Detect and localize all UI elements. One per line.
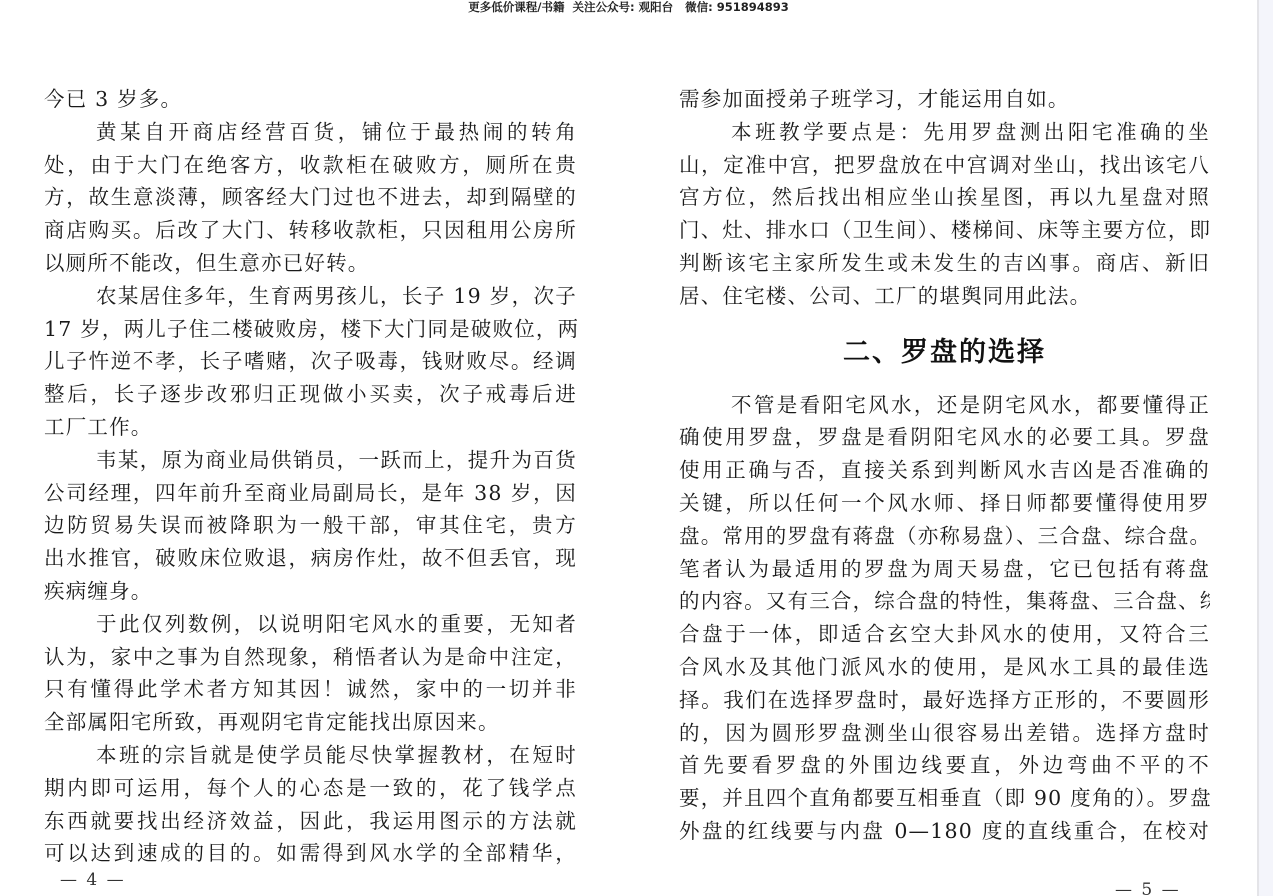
text-line: 不管是看阳宅风水，还是阴宅风水，都要懂得正 <box>679 389 1210 422</box>
right-page-body: 需参加面授弟子班学习，才能运用自如。本班教学要点是：先用罗盘测出阳宅准确的坐山，… <box>679 83 1210 848</box>
text-line: 确使用罗盘，罗盘是看阴阳宅风水的必要工具。罗盘 <box>679 421 1210 454</box>
text-line: 宫方位，然后找出相应坐山挨星图，再以九星盘对照 <box>679 181 1210 214</box>
text-line: 择。我们在选择罗盘时，最好选择方正形的，不要圆形 <box>679 684 1210 717</box>
text-line: 于此仅列数例，以说明阳宅风水的重要，无知者 <box>44 608 577 641</box>
text-line: 本班的宗旨就是使学员能尽快掌握教材，在短时 <box>44 739 577 772</box>
right-page-section-body: 不管是看阳宅风水，还是阴宅风水，都要懂得正确使用罗盘，罗盘是看阴阳宅风水的必要工… <box>679 389 1210 848</box>
text-line: 疾病缠身。 <box>44 575 577 608</box>
right-page-intro: 需参加面授弟子班学习，才能运用自如。本班教学要点是：先用罗盘测出阳宅准确的坐山，… <box>679 83 1210 313</box>
text-line: 首先要看罗盘的外围边线要直，外边弯曲不平的不 <box>679 749 1210 782</box>
text-line: 17 岁，两儿子住二楼破败房，楼下大门同是破败位，两 <box>44 313 577 346</box>
text-line: 合盘于一体，即适合玄空大卦风水的使用，又符合三 <box>679 618 1210 651</box>
text-line: 儿子忤逆不孝，长子嗜赌，次子吸毒，钱财败尽。经调 <box>44 345 577 378</box>
text-line: 边防贸易失误而被降职为一般干部，审其住宅，贵方 <box>44 509 577 542</box>
text-line: 盘。常用的罗盘有蒋盘（亦称易盘）、三合盘、综合盘。 <box>679 520 1210 553</box>
text-line: 黄某自开商店经营百货，铺位于最热闹的转角 <box>44 116 577 149</box>
text-line: 山，定准中宫，把罗盘放在中宫调对坐山，找出该宅八 <box>679 149 1210 182</box>
text-line: 只有懂得此学术者方知其因！诚然，家中的一切并非 <box>44 673 577 706</box>
text-line: 的内容。又有三合，综合盘的特性，集蒋盘、三合盘、综 <box>679 585 1210 618</box>
section-heading: 二、罗盘的选择 <box>679 317 1210 389</box>
text-line: 出水推官，破败床位败退，病房作灶，故不但丢官，现 <box>44 542 577 575</box>
text-line: 工厂工作。 <box>44 411 577 444</box>
text-line: 期内即可运用，每个人的心态是一致的，花了钱学点 <box>44 772 577 805</box>
text-line: 外盘的红线要与内盘 0—180 度的直线重合，在校对 <box>679 815 1210 848</box>
text-line: 公司经理，四年前升至商业局副局长，是年 38 岁，因 <box>44 477 577 510</box>
text-line: 门、灶、排水口（卫生间）、楼梯间、床等主要方位，即可 <box>679 214 1210 247</box>
text-line: 以厕所不能改，但生意亦已好转。 <box>44 247 577 280</box>
page-number-left: — 4 — <box>60 870 126 890</box>
text-line: 全部属阳宅所致，再观阴宅肯定能找出原因来。 <box>44 706 577 739</box>
text-line: 要，并且四个直角都要互相垂直（即 90 度角的）。罗盘 <box>679 782 1210 815</box>
text-line: 农某居住多年，生育两男孩儿，长子 19 岁，次子 <box>44 280 577 313</box>
text-line: 韦某，原为商业局供销员，一跃而上，提升为百货 <box>44 444 577 477</box>
text-line: 可以达到速成的目的。如需得到风水学的全部精华， <box>44 837 577 870</box>
text-line: 整后，长子逐步改邪归正现做小买卖，次子戒毒后进 <box>44 378 577 411</box>
text-line: 关键，所以任何一个风水师、择日师都要懂得使用罗 <box>679 487 1210 520</box>
text-line: 方，故生意淡薄，顾客经大门过也不进去，却到隔壁的 <box>44 181 577 214</box>
text-line: 商店购买。后改了大门、转移收款柜，只因租用公房所 <box>44 214 577 247</box>
right-page: 需参加面授弟子班学习，才能运用自如。本班教学要点是：先用罗盘测出阳宅准确的坐山，… <box>628 0 1257 896</box>
left-page: 今已 3 岁多。黄某自开商店经营百货，铺位于最热闹的转角处，由于大门在绝客方，收… <box>0 0 628 896</box>
vertical-scrollbar[interactable] <box>1257 0 1273 896</box>
text-line: 的，因为圆形罗盘测坐山很容易出差错。选择方盘时 <box>679 717 1210 750</box>
text-line: 本班教学要点是：先用罗盘测出阳宅准确的坐 <box>679 116 1210 149</box>
text-line: 判断该宅主家所发生或未发生的吉凶事。商店、新旧 <box>679 247 1210 280</box>
page-number-right: — 5 — <box>1115 880 1181 896</box>
text-line: 合风水及其他门派风水的使用，是风水工具的最佳选 <box>679 651 1210 684</box>
text-line: 今已 3 岁多。 <box>44 83 577 116</box>
left-page-body: 今已 3 岁多。黄某自开商店经营百货，铺位于最热闹的转角处，由于大门在绝客方，收… <box>44 83 577 870</box>
text-line: 认为，家中之事为自然现象，稍悟者认为是命中注定， <box>44 641 577 674</box>
text-line: 使用正确与否，直接关系到判断风水吉凶是否准确的 <box>679 454 1210 487</box>
text-line: 居、住宅楼、公司、工厂的堪舆同用此法。 <box>679 280 1210 313</box>
text-line: 东西就要找出经济效益，因此，我运用图示的方法就 <box>44 805 577 838</box>
text-line: 处，由于大门在绝客方，收款柜在破败方，厕所在贵 <box>44 149 577 182</box>
text-line: 笔者认为最适用的罗盘为周天易盘，它已包括有蒋盘 <box>679 553 1210 586</box>
text-line: 需参加面授弟子班学习，才能运用自如。 <box>679 83 1210 116</box>
